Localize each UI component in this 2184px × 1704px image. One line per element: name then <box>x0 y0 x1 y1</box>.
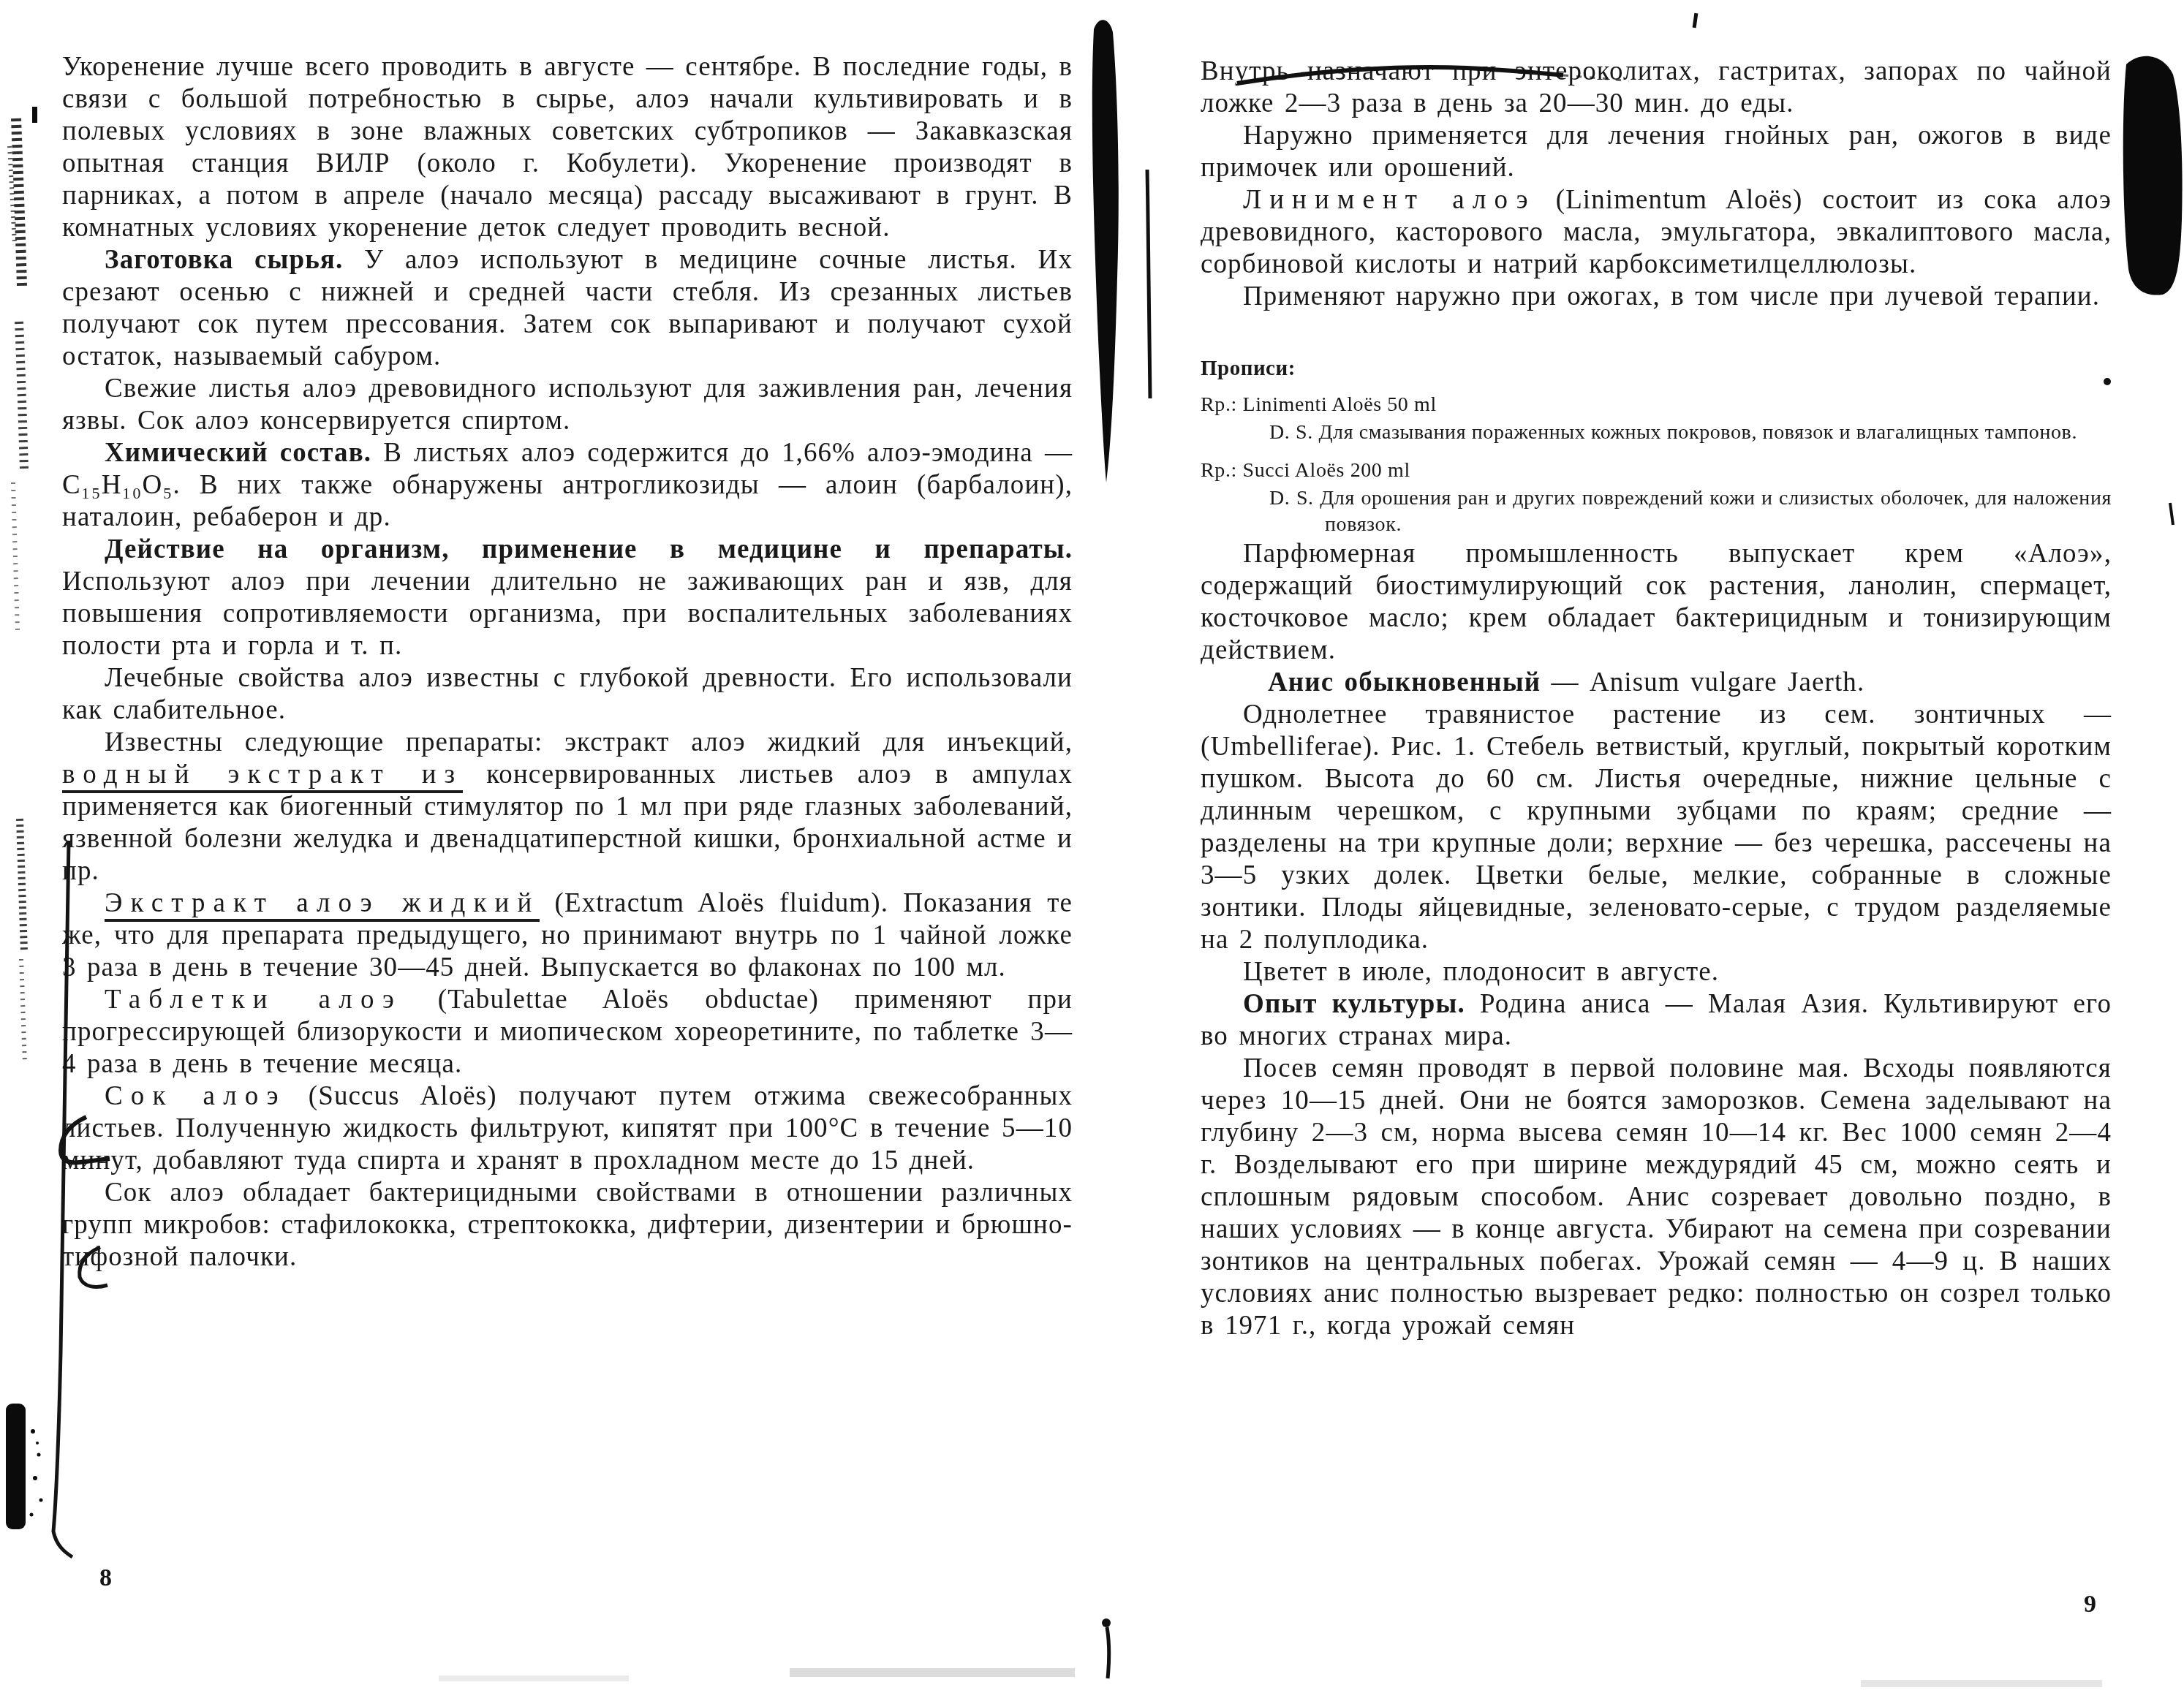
paragraph-harvesting: Заготовка сырья. У алоэ используют в мед… <box>62 244 1073 373</box>
paragraph-lead: Действие на организм, применение в медиц… <box>105 534 1073 564</box>
left-page: Укоренение лучше всего проводить в авгус… <box>62 51 1073 1273</box>
paragraph-lead: Опыт культуры. <box>1243 989 1465 1019</box>
recipe-signature: D. S. Для орошения ран и других поврежде… <box>1325 485 2112 538</box>
bottom-center-mark-artifact <box>1102 1618 1111 1678</box>
faint-smudge-artifact <box>439 1675 629 1681</box>
paragraph-history: Лечебные свойства алоэ известны с глубок… <box>62 662 1073 727</box>
page-number-right: 9 <box>2084 1591 2096 1618</box>
paragraph-sowing: Посев семян проводят в первой половине м… <box>1201 1053 2112 1342</box>
paragraph-bactericide: Сок алоэ обладает бактерицидными свойств… <box>62 1177 1073 1273</box>
faint-smudge-artifact <box>790 1668 1075 1677</box>
paragraph-lead: Заготовка сырья. <box>105 245 343 275</box>
paragraph-liniment: Линимент алоэ (Linimentum Aloës) состоит… <box>1201 184 2112 281</box>
page-number-left: 8 <box>99 1564 112 1592</box>
spaced-term: Сок алоэ <box>105 1081 287 1111</box>
paragraph-extract: Экстракт алоэ жидкий (Extractum Aloës fl… <box>62 887 1073 984</box>
spaced-term: Линимент алоэ <box>1243 185 1536 215</box>
bottom-left-blob-artifact <box>6 1404 43 1529</box>
paragraph-chemistry: Химический состав. В листьях алоэ содерж… <box>62 437 1073 534</box>
paragraph-fresh-leaves: Свежие листья алоэ древовидного использу… <box>62 373 1073 437</box>
prescriptions-block: Прописи: Rp.: Linimenti Aloës 50 ml D. S… <box>1201 355 2112 538</box>
right-page: Внутрь назначают при энтероколитах, гаст… <box>1201 56 2112 1342</box>
paragraph-flowering: Цветет в июле, плодоносит в августе. <box>1201 956 2112 988</box>
book-spread: Укоренение лучше всего проводить в авгус… <box>0 0 2184 1704</box>
prescriptions-label: Прописи: <box>1201 355 2112 382</box>
spaced-term: Экстракт алоэ жидкий <box>105 888 540 922</box>
spaced-term: водный экстракт из <box>62 760 463 793</box>
paragraph-juice: Сок алоэ (Succus Aloës) получают путем о… <box>62 1080 1073 1177</box>
gutter-smudge-artifact <box>1092 20 1119 482</box>
recipe-signature: D. S. Для смазывания пораженных кожных п… <box>1325 420 2112 446</box>
heading-russian-name: Анис обыкновенный <box>1268 667 1541 697</box>
heading-latin-name: — Anisum vulgare Jaerth. <box>1541 667 1864 697</box>
paragraph-text: Известны следующие препараты: экстракт а… <box>105 727 1073 757</box>
paragraph-perfume-cream: Парфюмерная промышленность выпускает кре… <box>1201 538 2112 667</box>
paragraph-anise-description: Однолетнее травянистое растение из сем. … <box>1201 699 2112 956</box>
ink-tick-artifact <box>2170 503 2173 525</box>
spaced-term: Таблетки алоэ <box>105 985 402 1015</box>
ink-tick-artifact <box>1693 13 1699 29</box>
paragraph-action: Действие на организм, применение в медиц… <box>62 534 1073 662</box>
recipe-line: Rp.: Succi Aloës 200 ml <box>1201 458 2112 484</box>
paragraph-internal-use: Внутрь назначают при энтероколитах, гаст… <box>1201 56 2112 120</box>
paragraph-text: Используют алоэ при лечении длительно не… <box>62 567 1073 661</box>
paragraph-burns: Применяют наружно при ожогах, в том числ… <box>1201 281 2112 313</box>
paragraph-lead: Химический состав. <box>105 438 371 468</box>
paragraph-culture: Опыт культуры. Родина аниса — Малая Азия… <box>1201 988 2112 1053</box>
paragraph-tablets: Таблетки алоэ (Tabulettae Aloës obductae… <box>62 984 1073 1080</box>
corner-blob-artifact <box>2123 56 2183 295</box>
section-heading-anise: Анис обыкновенный — Anisum vulgare Jaert… <box>1201 667 2112 699</box>
gutter-line-artifact <box>1147 170 1150 398</box>
left-edge-noise-artifact <box>10 107 37 1061</box>
paragraph-preparations: Известны следующие препараты: экстракт а… <box>62 727 1073 887</box>
faint-smudge-artifact <box>1861 1680 2102 1687</box>
recipe-line: Rp.: Linimenti Aloës 50 ml <box>1201 392 2112 418</box>
paragraph-rooting: Укоренение лучше всего проводить в авгус… <box>62 51 1073 244</box>
paragraph-external-use: Наружно применяется для лечения гнойных … <box>1201 120 2112 184</box>
